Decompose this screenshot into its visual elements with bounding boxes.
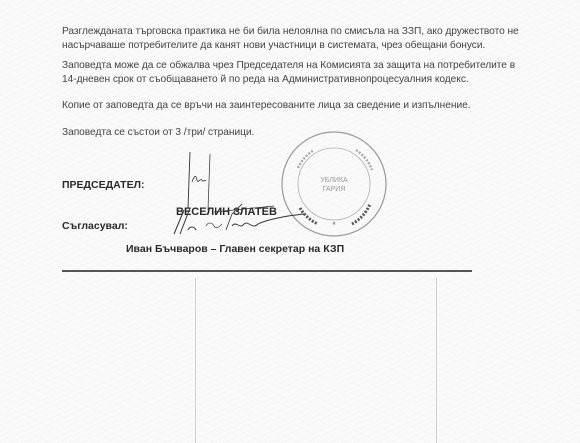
svg-text:УБЛИКА: УБЛИКА [320, 177, 348, 184]
agreed-label: Съгласувал: [62, 220, 128, 232]
secretary-name-title: Иван Бъчваров – Главен секретар на КЗП [126, 243, 344, 255]
text-line: Разглежданата търговска практика не би б… [62, 25, 562, 39]
text-line: Копие от заповедта да се връчи на заинте… [62, 99, 562, 113]
horizontal-divider [62, 270, 472, 272]
text-line: насърчаваше потребителите да канят нови … [62, 39, 562, 53]
faint-vertical-line [195, 278, 196, 443]
paragraph-practice-assessment: Разглежданата търговска практика не би б… [62, 25, 562, 52]
chair-label: ПРЕДСЕДАТЕЛ: [62, 179, 144, 191]
paragraph-copies: Копие от заповедта да се връчи на заинте… [62, 99, 562, 113]
text-line: 14-дневен срок от съобщаването й по реда… [62, 73, 562, 87]
text-line: Заповедта може да се обжалва чрез Предсе… [62, 59, 562, 73]
faint-vertical-line [436, 278, 437, 443]
document-page: Разглежданата търговска практика не би б… [0, 0, 580, 443]
svg-text:ГАРИЯ: ГАРИЯ [323, 186, 346, 193]
secretary-signature [166, 196, 306, 241]
svg-text:*: * [332, 220, 336, 230]
paragraph-appeal: Заповедта може да се обжалва чрез Предсе… [62, 59, 562, 86]
